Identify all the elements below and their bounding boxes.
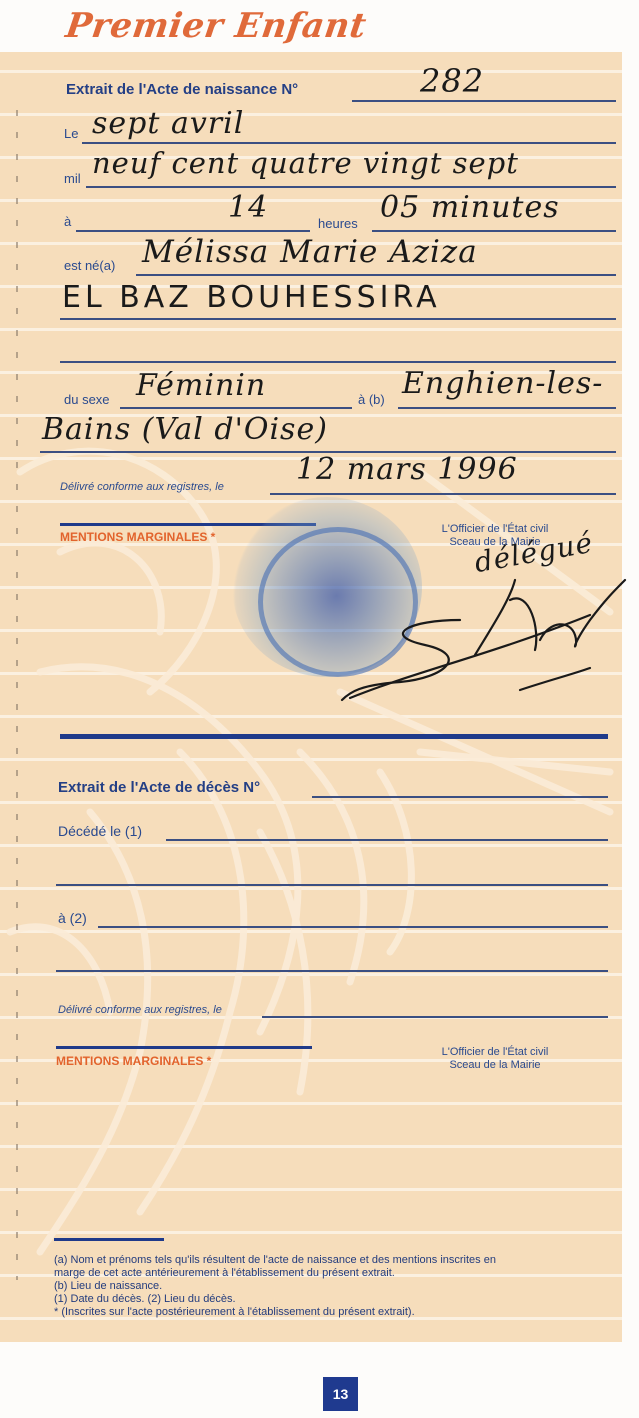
delivered-date-line [270,493,616,495]
given-names-line [136,274,616,276]
hour-line [76,230,310,232]
heures-label: heures [318,216,358,231]
death-place-line [98,926,608,928]
a-label: à [64,214,71,229]
officer-signature-icon [340,560,630,710]
delivered-date-value[interactable]: 12 mars 1996 [296,452,518,487]
sex-value[interactable]: Féminin [136,368,266,403]
footnotes: (a) Nom et prénoms tels qu'ils résultent… [54,1254,614,1319]
birth-day-month-value[interactable]: sept avril [92,106,244,141]
birthplace-line [398,407,616,409]
birth-minutes-value[interactable]: 05 minutes [380,190,560,225]
death-mentions-rule [56,1046,312,1049]
death-officer-label: L'Officier de l'État civil Sceau de la M… [420,1046,570,1072]
sex-line [120,407,352,409]
decede-label: Décédé le (1) [58,823,142,839]
death-delivre-label: Délivré conforme aux registres, le [58,1004,222,1016]
binding-stitch [16,110,18,1280]
death-date-line [166,839,608,841]
death-delivered-date-line [262,1016,608,1018]
mil-label: mil [64,171,81,186]
footnote-asterisk: * (Inscrites sur l'acte postérieurement … [54,1306,614,1319]
le-label: Le [64,126,78,141]
mentions-marginales-label: MENTIONS MARGINALES * [60,530,215,544]
surname-line [60,318,616,320]
minutes-line [372,230,616,232]
est-ne-label: est né(a) [64,258,115,273]
birthplace-line2-value[interactable]: Bains (Val d'Oise) [42,412,328,447]
delivre-label: Délivré conforme aux registres, le [60,481,224,493]
death-place-line-2 [56,970,608,972]
a-b-label: à (b) [358,392,385,407]
death-officer-line-2: Sceau de la Mairie [420,1059,570,1072]
page-title: Premier Enfant [63,6,369,46]
section-divider [60,734,608,739]
footnote-a-cont: marge de cet acte antérieurement à l'éta… [54,1267,614,1280]
birthplace-line1-value[interactable]: Enghien-les- [402,366,603,401]
birth-hour-value[interactable]: 14 [228,190,268,225]
footnote-b: (b) Lieu de naissance. [54,1280,614,1293]
death-officer-line-1: L'Officier de l'État civil [420,1046,570,1059]
footnote-rule [54,1238,164,1241]
death-number-line [312,796,608,798]
birth-extract-heading: Extrait de l'Acte de naissance N° [66,81,298,98]
death-mentions-marginales-label: MENTIONS MARGINALES * [56,1054,211,1068]
footnote-1-2: (1) Date du décès. (2) Lieu du décès. [54,1293,614,1306]
year-line [86,186,616,188]
date-line [82,142,616,144]
footnote-a: (a) Nom et prénoms tels qu'ils résultent… [54,1254,614,1267]
death-extract-heading: Extrait de l'Acte de décès N° [58,779,260,796]
surname-value[interactable]: EL BAZ BOUHESSIRA [62,280,441,315]
sexe-label: du sexe [64,392,110,407]
booklet-page: Premier Enfant Extrait de l'Acte de nais… [0,0,639,1418]
blank-name-line [60,361,616,363]
page-number-badge: 13 [323,1377,358,1411]
death-place-label: à (2) [58,910,87,926]
birth-number-line [352,100,616,102]
given-names-value[interactable]: Mélissa Marie Aziza [142,234,478,270]
death-date-line-2 [56,884,608,886]
birth-year-value[interactable]: neuf cent quatre vingt sept [92,146,519,180]
birth-number-value[interactable]: 282 [420,62,484,100]
